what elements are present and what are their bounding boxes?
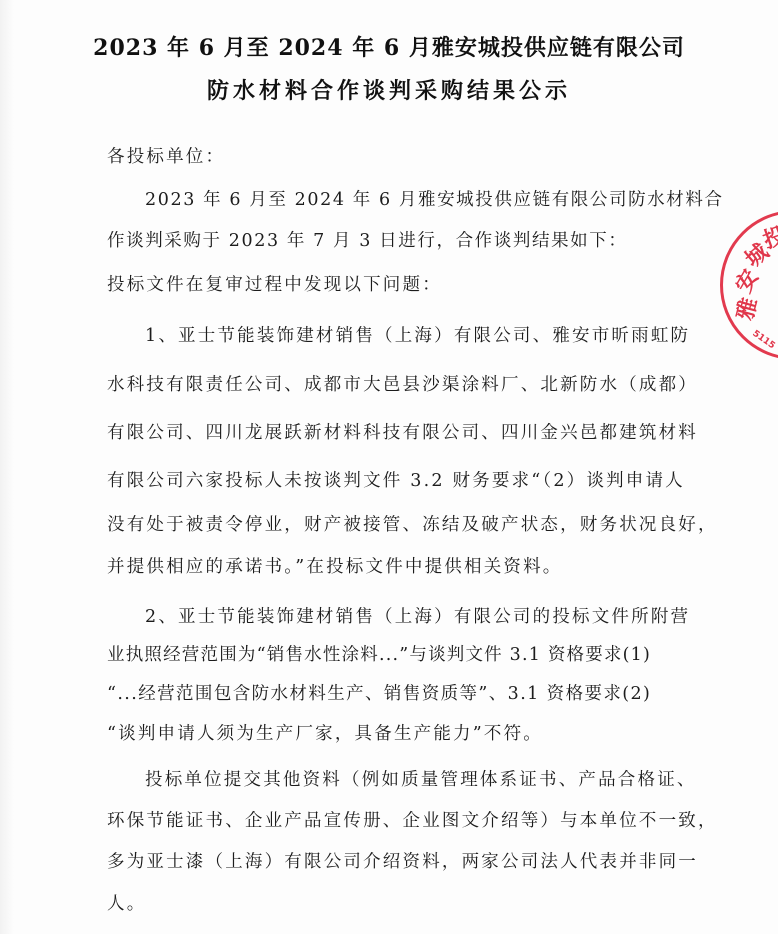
issues-heading: 投标文件在复审过程中发现以下问题：	[107, 271, 442, 296]
item2-line-3: “...经营范围包含防水材料生产、销售资质等”、3.1 资格要求(2)	[107, 680, 651, 705]
page-edge-shadow	[0, 0, 14, 934]
note-line-2: 环保节能证书、企业产品宣传册、企业图文介绍等）与本单位不一致，	[107, 807, 718, 832]
note-line-4: 人。	[107, 890, 146, 915]
document-page: 2023 年 6 月至 2024 年 6 月雅安城投供应链有限公司 防水材料合作…	[0, 0, 778, 934]
intro-line-1: 2023 年 6 月至 2024 年 6 月雅安城投供应链有限公司防水材料合	[145, 186, 724, 211]
item1-line-4: 有限公司六家投标人未按谈判文件 3.2 财务要求“（2）谈判申请人	[107, 467, 685, 492]
item1-line-3: 有限公司、四川龙展跃新材料科技有限公司、四川金兴邑都建筑材料	[107, 419, 698, 444]
item1-line-2: 水科技有限责任公司、成都市大邑县沙渠涂料厂、北新防水（成都）	[107, 371, 698, 396]
item2-line-4: “谈判申请人须为生产厂家，具备生产能力”不符。	[107, 720, 543, 745]
item1-line-5: 没有处于被责令停业，财产被接管、冻结及破产状态，财务状况良好，	[107, 511, 718, 536]
intro-line-2: 作谈判采购于 2023 年 7 月 3 日进行，合作谈判结果如下：	[107, 227, 627, 252]
company-seal-stamp: 雅 安 城 投 5115	[720, 210, 778, 360]
note-line-3: 多为亚士漆（上海）有限公司介绍资料，两家公司法人代表并非同一	[107, 848, 698, 873]
document-title-line-1: 2023 年 6 月至 2024 年 6 月雅安城投供应链有限公司	[0, 31, 778, 62]
item2-line-1: 2、亚士节能装饰建材销售（上海）有限公司的投标文件所附营	[145, 603, 690, 628]
document-title-line-2: 防水材料合作谈判采购结果公示	[0, 74, 778, 105]
salutation: 各投标单位：	[107, 143, 225, 168]
item2-line-2: 业执照经营范围为“销售水性涂料...”与谈判文件 3.1 资格要求(1)	[107, 641, 651, 666]
item1-line-6: 并提供相应的承诺书。”在投标文件中提供相关资料。	[107, 553, 563, 578]
item1-line-1: 1、亚士节能装饰建材销售（上海）有限公司、雅安市昕雨虹防	[145, 322, 690, 347]
note-line-1: 投标单位提交其他资料（例如质量管理体系证书、产品合格证、	[145, 766, 697, 791]
